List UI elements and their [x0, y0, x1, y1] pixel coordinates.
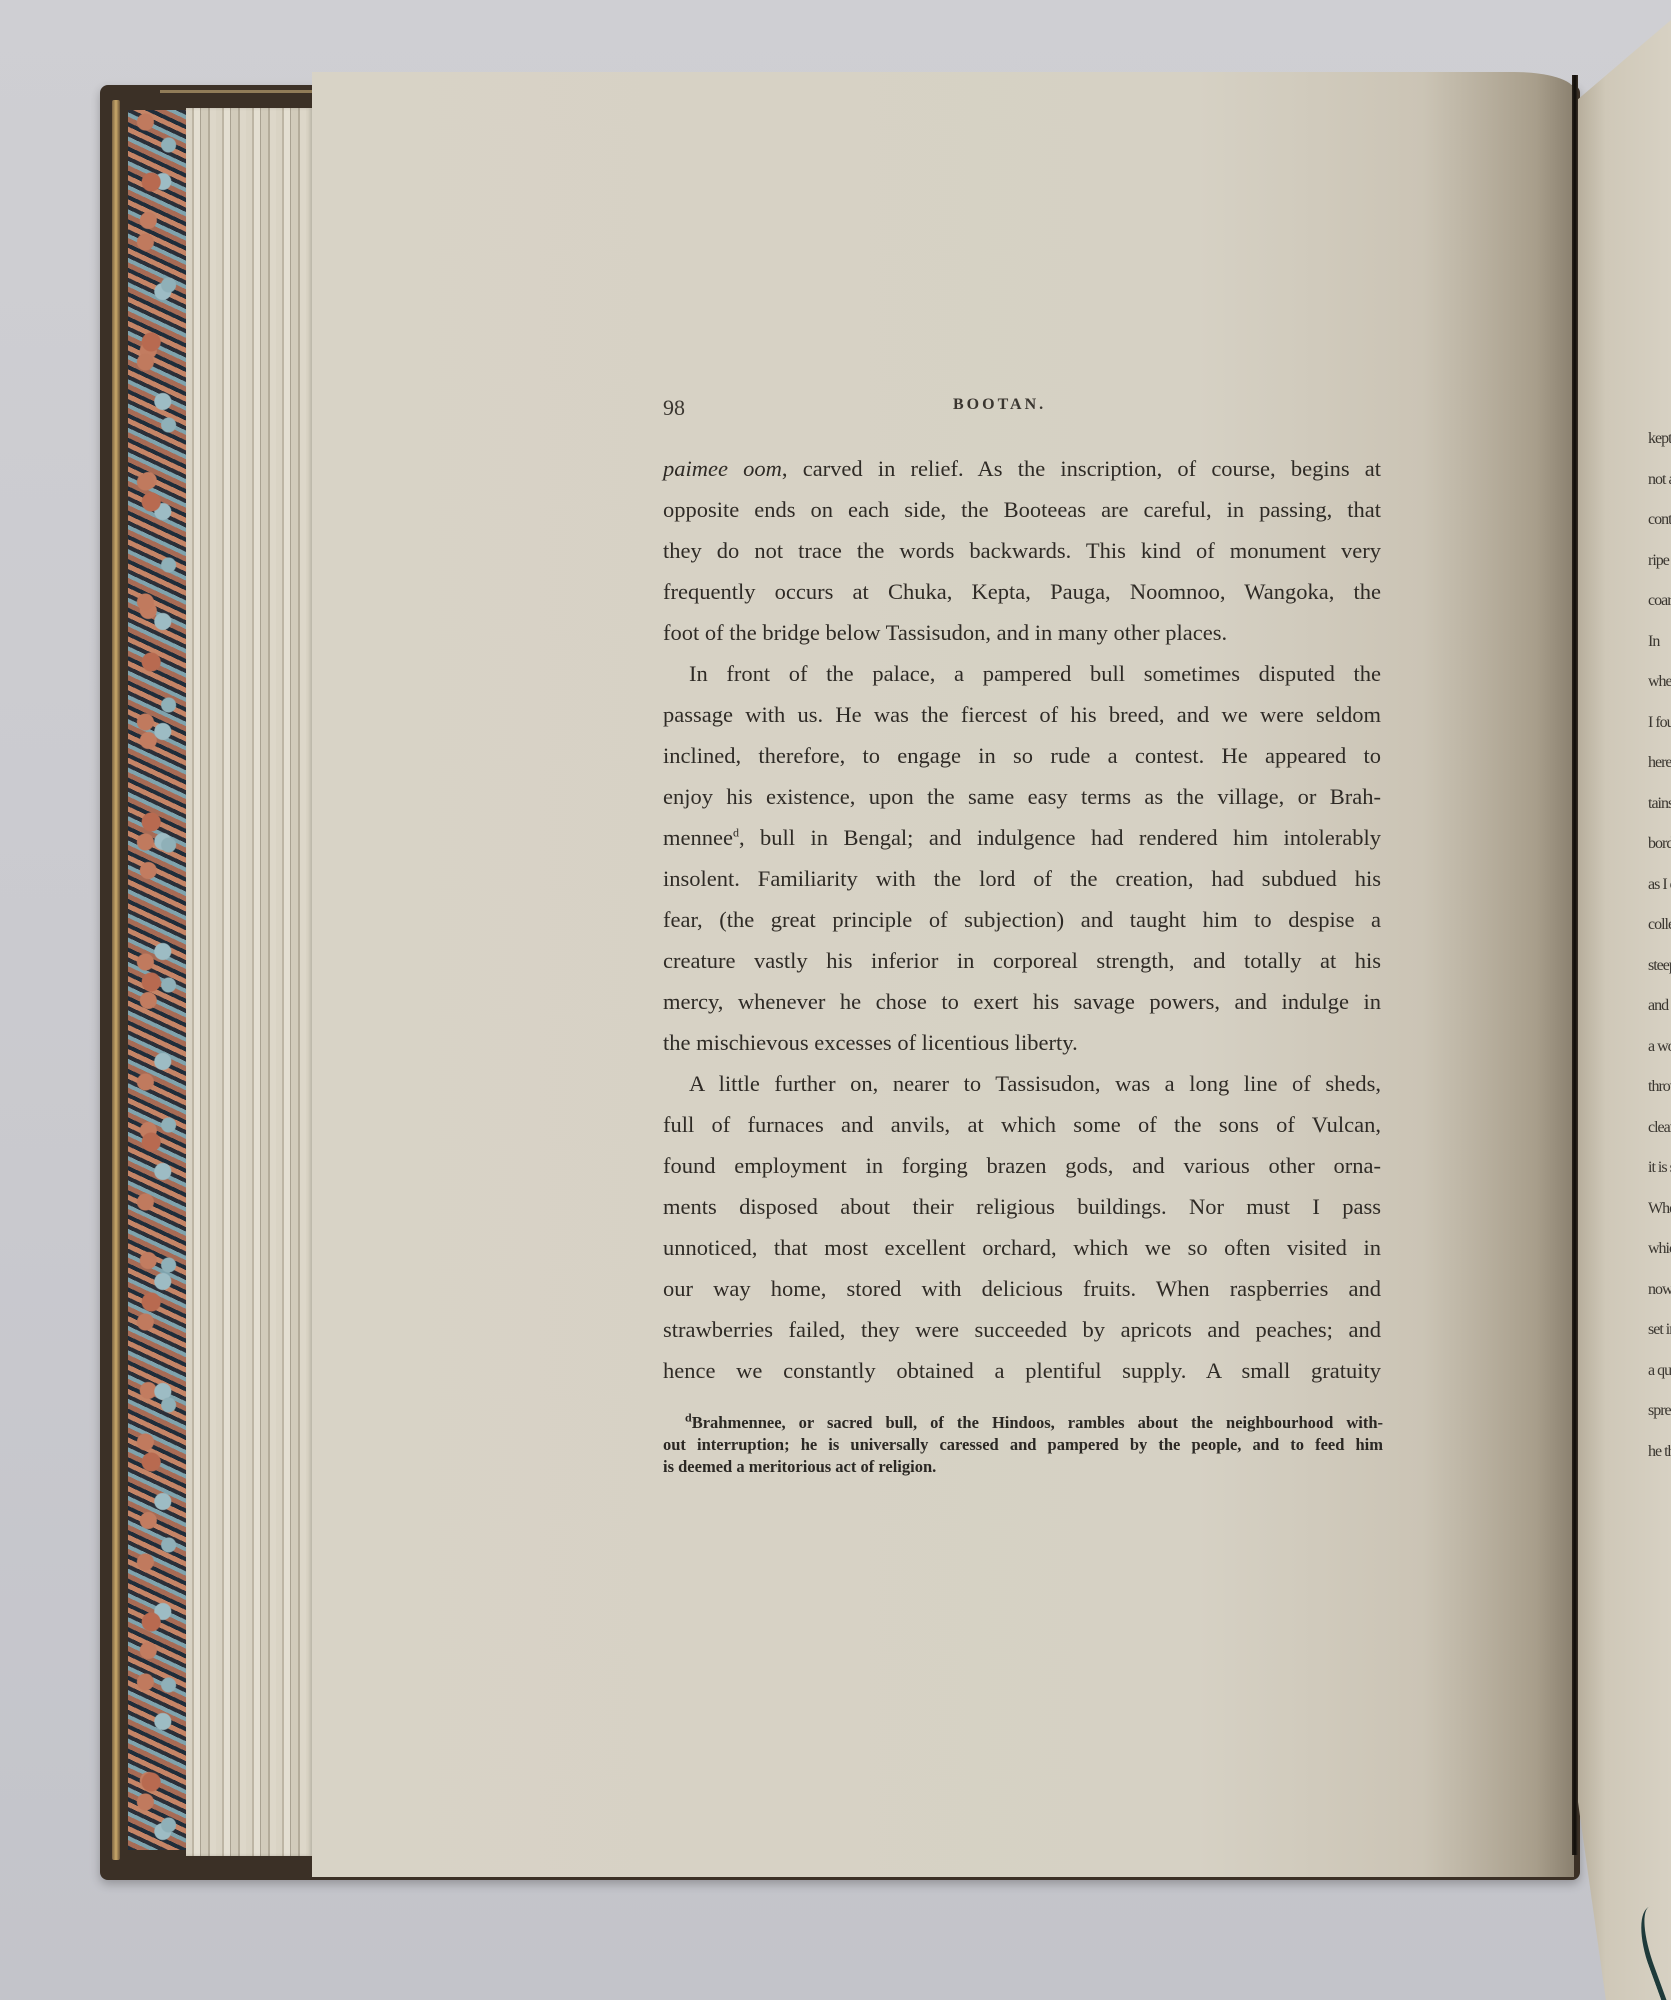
facing-line-fragment: When: [1648, 1200, 1671, 1241]
italic-term: paimee oom: [663, 456, 782, 481]
facing-line-fragment: steepe: [1648, 957, 1671, 998]
facing-line-fragment: he the: [1648, 1443, 1671, 1484]
facing-line-fragment: set in: [1648, 1321, 1671, 1362]
text-line: hence we constantly obtained a plentiful…: [663, 1350, 1381, 1391]
text-line: they do not trace the words backwards. T…: [663, 530, 1381, 571]
footnote: dBrahmennee, or sacred bull, of the Hind…: [663, 1412, 1383, 1478]
text-line: In front of the palace, a pampered bull …: [663, 653, 1381, 694]
facing-line-fragment: ripe: [1648, 552, 1671, 593]
text-line: frequently occurs at Chuka, Kepta, Pauga…: [663, 571, 1381, 612]
facing-line-fragment: cont: [1648, 511, 1671, 552]
text-line: foot of the bridge below Tassisudon, and…: [663, 612, 1381, 653]
text-line: opposite ends on each side, the Booteeas…: [663, 489, 1381, 530]
text-line: inclined, therefore, to engage in so rud…: [663, 735, 1381, 776]
facing-line-fragment: it is st: [1648, 1159, 1671, 1200]
facing-line-fragment: a woo: [1648, 1038, 1671, 1079]
facing-line-fragment: border: [1648, 835, 1671, 876]
facing-line-fragment: now re: [1648, 1281, 1671, 1322]
facing-line-fragment: not a: [1648, 471, 1671, 512]
facing-line-fragment: which: [1648, 1240, 1671, 1281]
facing-line-fragment: collec: [1648, 916, 1671, 957]
text-line: fear, (the great principle of subjection…: [663, 899, 1381, 940]
facing-line-fragment: thrown: [1648, 1078, 1671, 1119]
facing-page-text: keptnot acontripecoarsInwhereI founhere …: [1648, 430, 1671, 1483]
text-line: enjoy his existence, upon the same easy …: [663, 776, 1381, 817]
text-line: ments disposed about their religious bui…: [663, 1186, 1381, 1227]
facing-line-fragment: In: [1648, 633, 1671, 674]
page-number: 98: [663, 395, 685, 421]
running-head: BOOTAN.: [953, 396, 1046, 414]
text-line: insolent. Familiarity with the lord of t…: [663, 858, 1381, 899]
facing-line-fragment: kept: [1648, 430, 1671, 471]
facing-line-fragment: where: [1648, 673, 1671, 714]
body-text: paimee oom, carved in relief. As the ins…: [663, 448, 1381, 1391]
marbled-endpaper: [128, 110, 186, 1850]
facing-line-fragment: spread: [1648, 1402, 1671, 1443]
text-line: A little further on, nearer to Tassisudo…: [663, 1063, 1381, 1104]
footnote-marker: d: [733, 826, 739, 840]
page-header: 98 BOOTAN.: [663, 395, 1383, 425]
text-line: paimee oom, carved in relief. As the ins…: [663, 448, 1381, 489]
facing-line-fragment: I foun: [1648, 714, 1671, 755]
text-line: the mischievous excesses of licentious l…: [663, 1022, 1381, 1063]
footnote-marker: d: [685, 1411, 692, 1425]
text-line: full of furnaces and anvils, at which so…: [663, 1104, 1381, 1145]
facing-line-fragment: tains: [1648, 795, 1671, 836]
footnote-line: dBrahmennee, or sacred bull, of the Hind…: [663, 1412, 1383, 1434]
facing-line-fragment: coars: [1648, 592, 1671, 633]
text-line: found employment in forging brazen gods,…: [663, 1145, 1381, 1186]
text-line: menneed, bull in Bengal; and indulgence …: [663, 817, 1381, 858]
footnote-line: out interruption; he is universally care…: [663, 1434, 1383, 1456]
facing-line-fragment: a quan: [1648, 1362, 1671, 1403]
facing-line-fragment: as I c: [1648, 876, 1671, 917]
text-line: passage with us. He was the fiercest of …: [663, 694, 1381, 735]
footnote-line: is deemed a meritorious act of religion.: [663, 1456, 1383, 1478]
page-block-edges: [186, 108, 312, 1856]
text-line: our way home, stored with delicious frui…: [663, 1268, 1381, 1309]
facing-line-fragment: and la: [1648, 997, 1671, 1038]
text-line: mercy, whenever he chose to exert his sa…: [663, 981, 1381, 1022]
book-gutter: [1572, 75, 1578, 1855]
text-line: strawberries failed, they were succeeded…: [663, 1309, 1381, 1350]
facing-line-fragment: here c: [1648, 754, 1671, 795]
text-line: creature vastly his inferior in corporea…: [663, 940, 1381, 981]
facing-line-fragment: cleanse: [1648, 1119, 1671, 1160]
text-line: unnoticed, that most excellent orchard, …: [663, 1227, 1381, 1268]
gilt-edge-rule: [112, 100, 120, 1860]
